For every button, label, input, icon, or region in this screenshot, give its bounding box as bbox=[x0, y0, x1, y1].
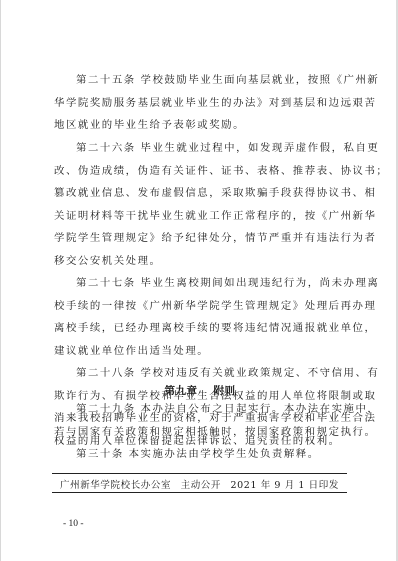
text-line: 离校手续，已经办理离校手续的要将违纪情况通报就业单位， bbox=[54, 317, 346, 340]
text-line: 第三十条 本实施办法由学校学生处负责解释。 bbox=[54, 443, 346, 466]
text-line: 改、伪造成绩，伪造有关证件、证书、表格、推荐表、协议书； bbox=[54, 160, 346, 183]
text-line: 地区就业的毕业生给予表彰或奖励。 bbox=[54, 114, 346, 137]
text-line: 篡改就业信息、发布虚假信息，采取欺骗手段获得协议书、相 bbox=[54, 182, 346, 205]
text-line: 第二十八条 学校对违反有关就业政策规定、不守信用、有 bbox=[54, 362, 346, 385]
page-edge-left bbox=[0, 0, 1, 561]
footer-top-rule bbox=[52, 473, 347, 474]
text-line: 若与国家有关政策和规定相抵触时，按国家政策和规定执行。 bbox=[54, 421, 346, 444]
text-line: 建议就业单位作出适当处理。 bbox=[54, 340, 346, 363]
text-line: 华学院奖励服务基层就业毕业生的办法》对到基层和边远艰苦 bbox=[54, 92, 346, 115]
chapter-heading: 第九章附则 bbox=[54, 383, 346, 398]
text-line: 学院学生管理规定》给予纪律处分，情节严重并有违法行为者 bbox=[54, 227, 346, 250]
issue-date: 2021 年 9 月 1 日印发 bbox=[231, 477, 339, 491]
article-30: 第三十条 本实施办法由学校学生处负责解释。 bbox=[54, 443, 346, 466]
text-line: 移交公安机关处理。 bbox=[54, 250, 346, 273]
issuer: 广州新华学院校长办公室 bbox=[60, 477, 171, 491]
text-line: 第二十五条 学校鼓励毕业生面向基层就业，按照《广州新 bbox=[54, 69, 346, 92]
article-25: 第二十五条 学校鼓励毕业生面向基层就业，按照《广州新 华学院奖励服务基层就业毕业… bbox=[54, 69, 346, 137]
text-line: 第二十七条 毕业生离校期间如出现违纪行为，尚未办理离 bbox=[54, 272, 346, 295]
text-line: 关证明材料等干扰毕业生就业工作正常程序的，按《广州新华 bbox=[54, 205, 346, 228]
footer-bottom-rule bbox=[52, 492, 347, 493]
chapter-number: 第九章 bbox=[165, 385, 198, 397]
article-29: 第二十九条 本办法自公布之日起实行。本办法在实施中， 若与国家有关政策和规定相抵… bbox=[54, 398, 346, 443]
article-27: 第二十七条 毕业生离校期间如出现违纪行为，尚未办理离 校手续的一律按《广州新华学… bbox=[54, 272, 346, 362]
article-26: 第二十六条 毕业生就业过程中，如发现弄虚作假，私自更 改、伪造成绩，伪造有关证件… bbox=[54, 137, 346, 273]
chapter-title: 附则 bbox=[214, 385, 236, 397]
page-number: - 10 - bbox=[63, 519, 84, 529]
text-line: 第二十九条 本办法自公布之日起实行。本办法在实施中， bbox=[54, 398, 346, 421]
disclosure-type: 主动公开 bbox=[181, 477, 221, 491]
issuance-footer: 广州新华学院校长办公室 主动公开 2021 年 9 月 1 日印发 bbox=[52, 477, 347, 491]
text-line: 第二十六条 毕业生就业过程中，如发现弄虚作假，私自更 bbox=[54, 137, 346, 160]
text-line: 校手续的一律按《广州新华学院学生管理规定》处理后再办理 bbox=[54, 295, 346, 318]
